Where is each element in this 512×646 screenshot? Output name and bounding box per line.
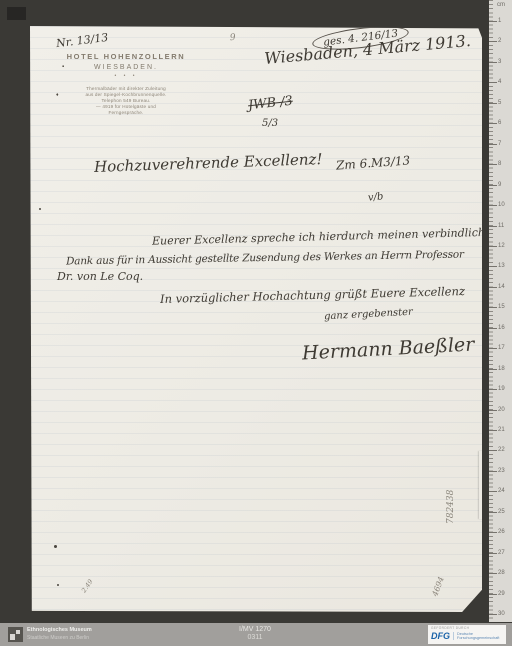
dfg-logo: DFG: [431, 631, 450, 641]
archive-footer-bar: Ethnologisches Museum Staatliche Museen …: [0, 623, 512, 646]
ruler-number: 3: [498, 59, 501, 65]
ruler-tick: [489, 348, 497, 349]
pencil-number-bottom-right: 4694: [430, 575, 445, 597]
pencil-page-number: 9: [230, 33, 237, 43]
letterhead-detail-line: Ferngespräche.: [56, 110, 196, 116]
letterhead-ornament: • • •: [56, 73, 196, 79]
paraph-date: 5/3: [262, 118, 278, 129]
ruler-number: 5: [498, 100, 501, 106]
closing-line: In vorzüglicher Hochachtung grüßt Euere …: [160, 284, 465, 306]
ruler-number: 26: [498, 529, 505, 535]
ruler-tick: [489, 369, 497, 370]
ruler-minor-ticks: [489, 0, 493, 620]
ruler-tick: [489, 41, 497, 42]
body-line: Dank aus für in Aussicht gestellte Zusen…: [66, 249, 464, 268]
ruler-tick: [489, 471, 497, 472]
ruler-number: 7: [498, 141, 501, 147]
ruler-number: 12: [498, 243, 505, 249]
paper-speck: [54, 545, 57, 548]
salutation: Hochzuverehrende Excellenz!: [94, 150, 323, 176]
ruler-tick: [489, 185, 497, 186]
ruler-number: 20: [498, 407, 505, 413]
closing-valediction: ganz ergebenster: [324, 307, 413, 323]
ruler-tick: [489, 430, 497, 431]
ruler-tick: [489, 594, 497, 595]
museum-logo-icon: [8, 627, 23, 642]
ruler-tick: [489, 532, 497, 533]
museum-label: Ethnologisches Museum Staatliche Museen …: [27, 627, 92, 641]
ruler-tick: [489, 164, 497, 165]
ruler-number: 14: [498, 284, 505, 290]
paper-edge-tab: [479, 451, 482, 519]
ruler-number: 13: [498, 263, 505, 269]
ruler-number: 6: [498, 120, 501, 126]
letterhead-hotel-name: HOTEL HOHENZOLLERN: [56, 52, 196, 61]
nr-annotation: Nr. 13/13: [55, 31, 109, 50]
ruler-number: 8: [498, 161, 501, 167]
paper-speck: [57, 584, 59, 586]
ruler-number: 19: [498, 386, 505, 392]
ruler-tick: [489, 389, 497, 390]
ruler-tick: [489, 328, 497, 329]
ruler-number: 11: [498, 223, 504, 229]
museum-name: Ethnologisches Museum: [27, 627, 92, 633]
letterhead: HOTEL HOHENZOLLERN WIESBADEN. • • • Ther…: [56, 52, 196, 116]
ruler-tick: [489, 491, 497, 492]
dfg-name-line2: Forschungsgemeinschaft: [457, 636, 499, 640]
ruler-tick: [489, 512, 497, 513]
ruler-number: 27: [498, 550, 505, 556]
dfg-name: Deutsche Forschungsgemeinschaft: [453, 632, 499, 640]
paper-speck: [39, 208, 41, 210]
funded-by-label: GEFÖRDERT DURCH: [431, 626, 503, 630]
ruler-tick: [489, 82, 497, 83]
ruler-tick: [489, 450, 497, 451]
pencil-inventory-number: 782438: [446, 490, 456, 524]
ruler-tick: [489, 573, 497, 574]
ruler-tick: [489, 410, 497, 411]
ruler-number: 25: [498, 509, 505, 515]
ruler-number: 17: [498, 345, 505, 351]
ruler-number: 15: [498, 304, 505, 310]
ruler-number: 21: [498, 427, 505, 433]
ruler-tick: [489, 103, 497, 104]
ruler-number: 28: [498, 570, 505, 576]
registry-note: Zm 6.M3/13: [336, 153, 411, 172]
ruler-tick: [489, 21, 497, 22]
ruler-tick: [489, 287, 497, 288]
letterhead-city: WIESBADEN.: [56, 64, 196, 71]
shelfmark: I/MV 1270: [210, 626, 300, 633]
ruler-number: 1: [498, 18, 501, 24]
letter-page: ▪ ♦ HOTEL HOHENZOLLERN WIESBADEN. • • • …: [30, 26, 482, 612]
ruler-tick: [489, 307, 497, 308]
signature: Hermann Baeßler: [302, 334, 475, 365]
ruler-tick: [489, 123, 497, 124]
ruler-number: 23: [498, 468, 505, 474]
ruler-number: 29: [498, 591, 505, 597]
dfg-funding-badge: GEFÖRDERT DURCH DFG Deutsche Forschungsg…: [428, 625, 506, 644]
ruler-tick: [489, 144, 497, 145]
ruler-tick: [489, 614, 497, 615]
shelfmark-block: I/MV 1270 0311: [210, 626, 300, 641]
scan-viewer: ▪ ♦ HOTEL HOHENZOLLERN WIESBADEN. • • • …: [0, 0, 512, 646]
ruler-tick: [489, 205, 497, 206]
ruler-number: 18: [498, 366, 505, 372]
ruler-tick: [489, 62, 497, 63]
ruler-number: 16: [498, 325, 505, 331]
cm-ruler: cm 1234567891011121314151617181920212223…: [489, 0, 512, 622]
ruler-tick: [489, 246, 497, 247]
ruler-number: 30: [498, 611, 505, 617]
ruler-number: 4: [498, 79, 501, 85]
scan-page-number: 0311: [210, 634, 300, 641]
ruler-tick: [489, 553, 497, 554]
pencil-number-bottom-left: 2.49: [80, 578, 95, 594]
ruler-number: 10: [498, 202, 505, 208]
ruler-number: 24: [498, 488, 505, 494]
ruler-unit-label: cm: [497, 2, 505, 8]
background-mark: [7, 7, 26, 20]
registry-note-initials: v/b: [367, 191, 383, 204]
body-line: Euerer Excellenz spreche ich hierdurch m…: [152, 225, 482, 247]
letterhead-details: Thermalbäder mit direkter Zuleitung aus …: [56, 86, 196, 116]
museum-subtitle: Staatliche Museen zu Berlin: [27, 635, 92, 641]
ruler-tick: [489, 226, 497, 227]
ruler-number: 22: [498, 447, 505, 453]
ruler-tick: [489, 266, 497, 267]
ruler-number: 9: [498, 182, 501, 188]
ruler-number: 2: [498, 38, 501, 44]
processing-paraph: JWB /3: [247, 94, 293, 114]
body-line: Dr. von Le Coq.: [57, 270, 143, 283]
